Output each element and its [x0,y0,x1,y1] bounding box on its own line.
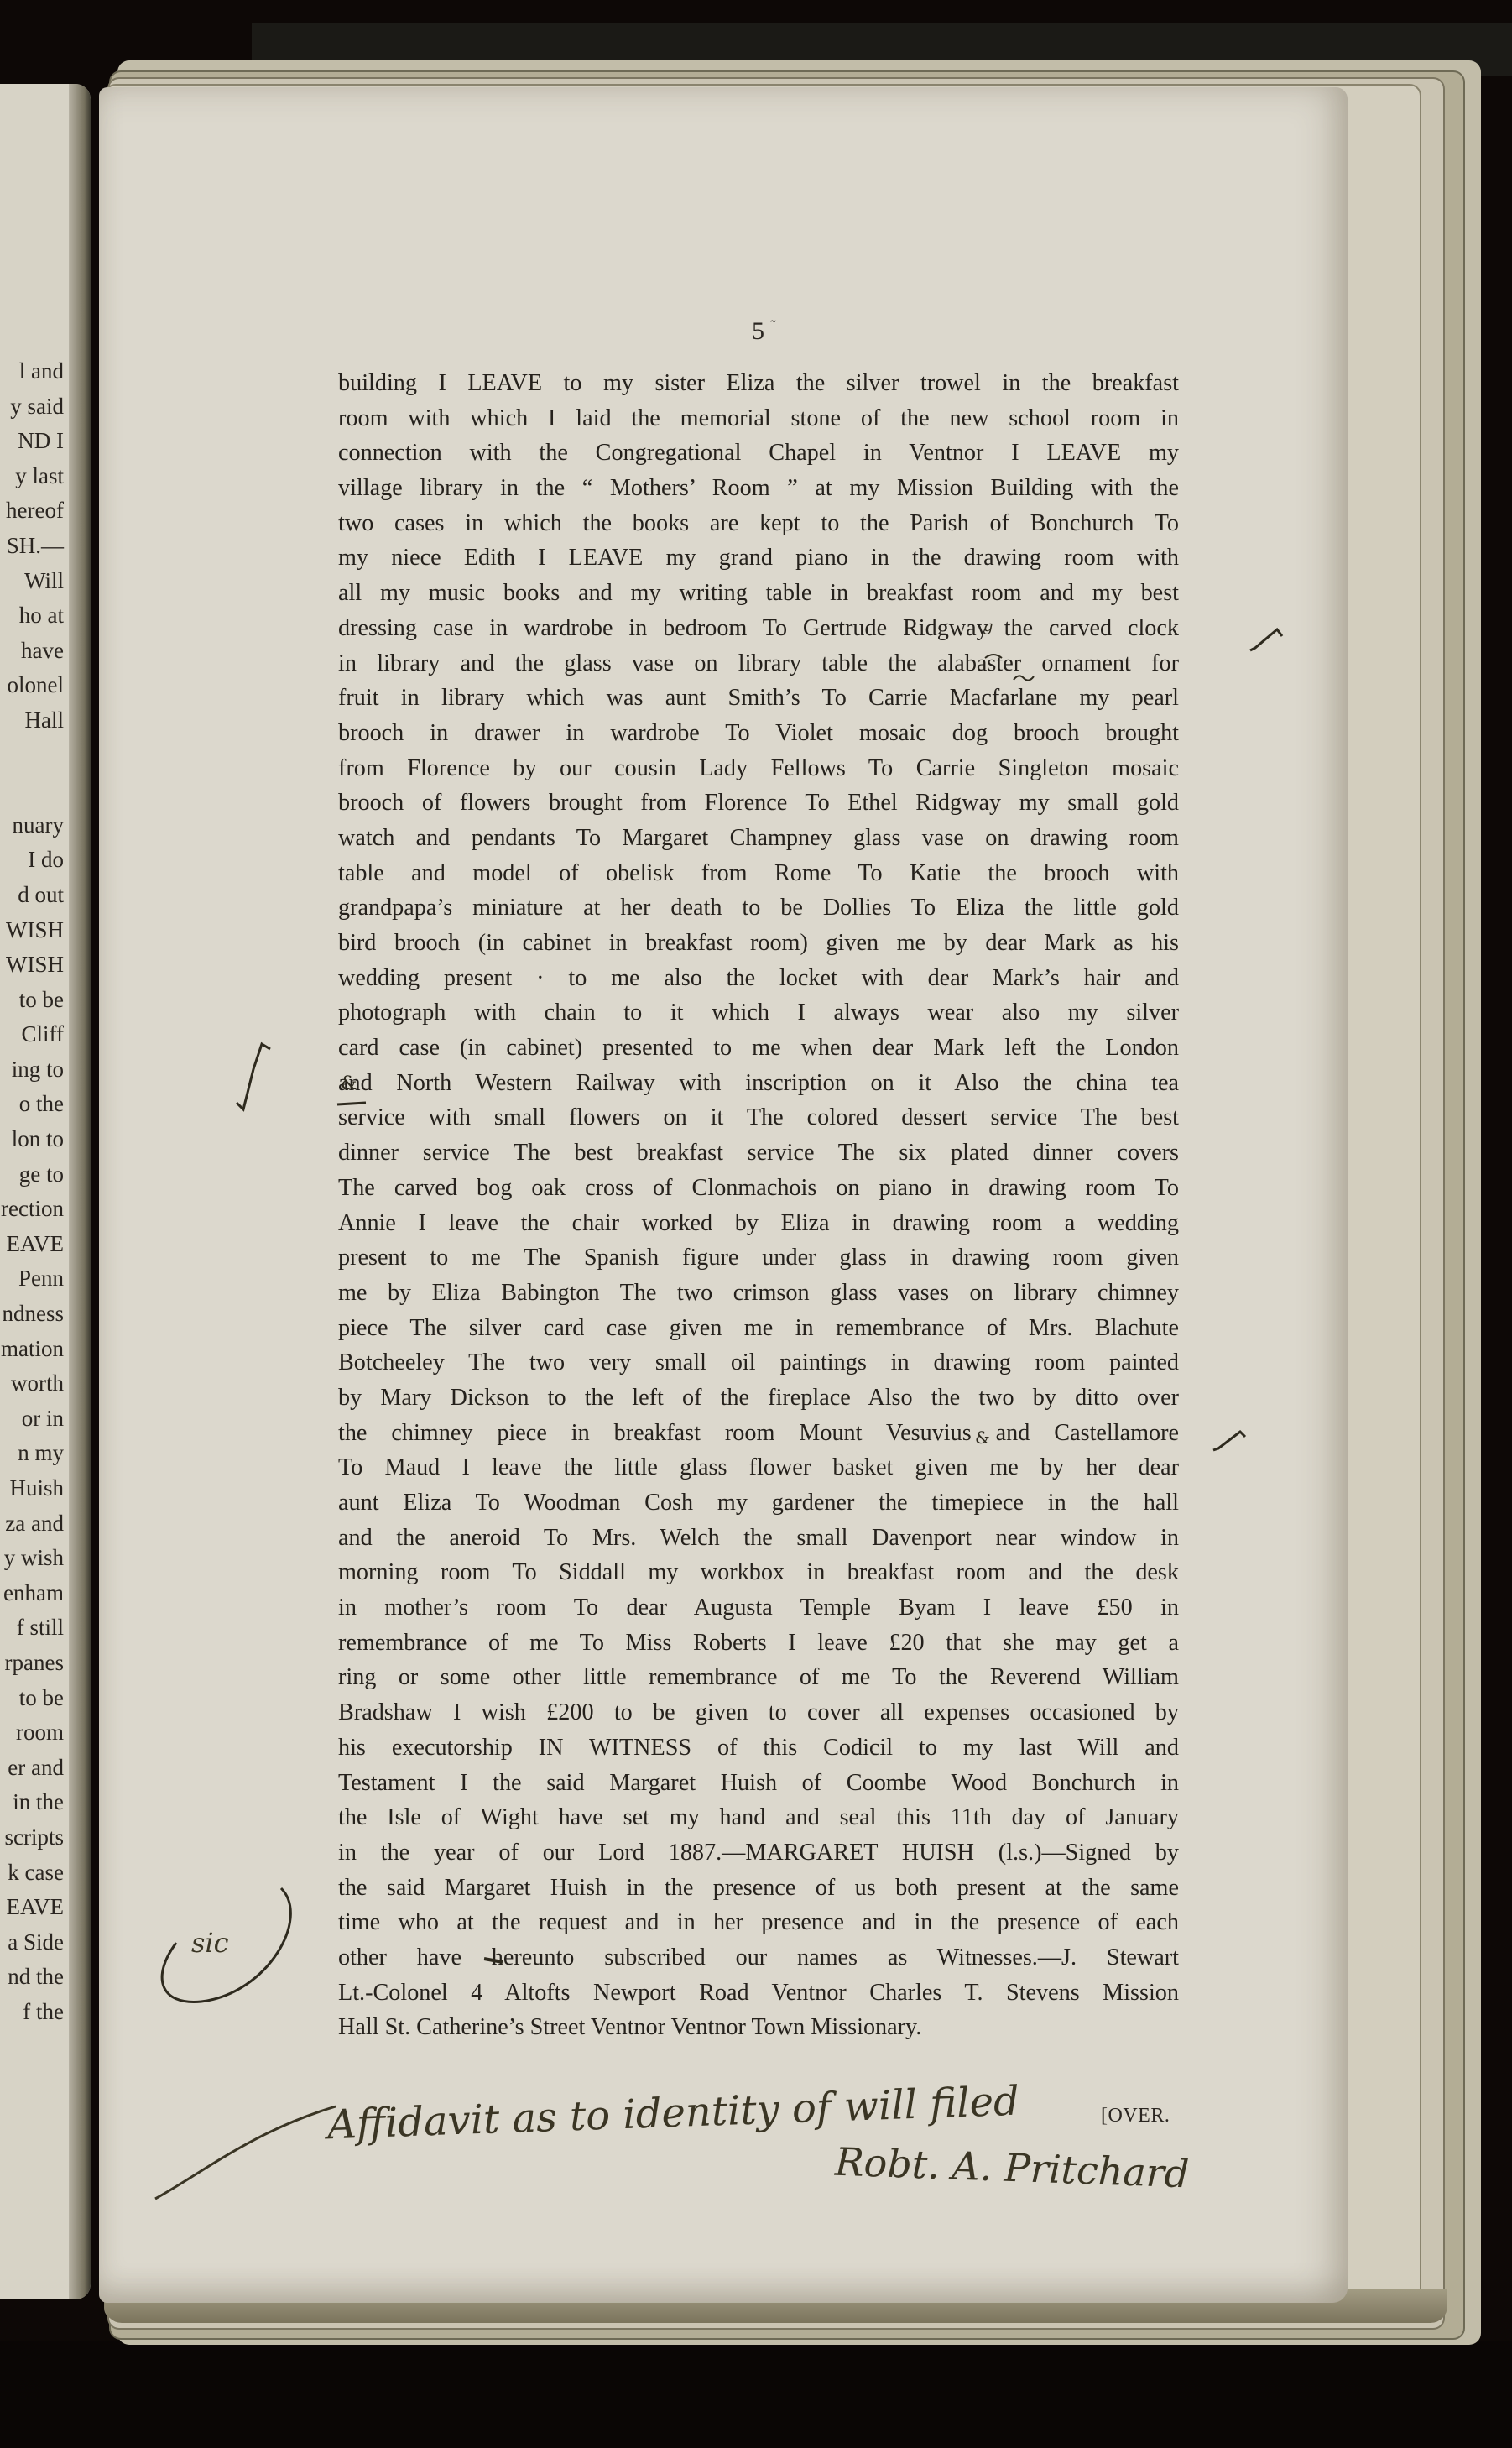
left-page-line: ND I [1,424,64,459]
text-line: by Mary Dickson to the left of the firep… [338,1381,1179,1416]
left-page-line: WISH [1,913,64,948]
left-page-line: to be [1,983,64,1018]
page-number-mark: ˜ [771,317,776,334]
text-line: the chimney piece in breakfast room Moun… [338,1416,1179,1451]
left-page-line: WISH [1,947,64,983]
text-line: present to me The Spanish figure under g… [338,1240,1179,1276]
left-page-line: EAVE [1,1890,64,1925]
left-page-line: I do [1,843,64,878]
left-page-line: scripts [1,1820,64,1856]
svg-text:&: & [341,1073,357,1094]
left-page-line: er and [1,1751,64,1786]
tick-mark-icon [233,1036,275,1120]
text-line: aunt Eliza To Woodman Cosh my gardener t… [338,1485,1179,1521]
text-line: my niece Edith I LEAVE my grand piano in… [338,540,1179,576]
left-page-line: enham [1,1576,64,1611]
correction-mark-icon: & [967,1427,1000,1452]
left-page-line: za and [1,1506,64,1542]
handwritten-stroke-icon [151,2098,344,2207]
text-line: in the year of our Lord 1887.—MARGARET H… [338,1835,1179,1871]
text-line: The carved bog oak cross of Clonmachois … [338,1171,1179,1206]
correction-mark-icon [482,1955,508,1965]
left-page-line: ing to [1,1052,64,1088]
left-page-line: rpanes [1,1646,64,1681]
text-line: wedding present · to me also the locket … [338,961,1179,996]
left-page-line: k case [1,1856,64,1891]
text-line: and the aneroid To Mrs. Welch the small … [338,1521,1179,1556]
tick-mark-icon [1212,1425,1254,1459]
text-line: all my music books and my writing table … [338,576,1179,611]
text-line: Testament I the said Margaret Huish of C… [338,1766,1179,1801]
left-page-line: SH.— [1,529,64,564]
text-line: dressing case in wardrobe in bedroom To … [338,611,1179,646]
left-page-text: l andy saidND Iy lasthereofSH.—Willho at… [1,354,64,2030]
text-line: building I LEAVE to my sister Eliza the … [338,366,1179,401]
left-page-line: Will [1,564,64,599]
left-page-line: y last [1,459,64,494]
text-line: morning room To Siddall my workbox in br… [338,1555,1179,1590]
left-page-line: Hall [1,703,64,739]
left-page-line: f still [1,1610,64,1646]
catchword-over: [OVER. [1101,2105,1170,2127]
left-page-line: l and [1,354,64,389]
left-page-line: lon to [1,1122,64,1157]
left-page-line: rection [1,1192,64,1227]
text-line: in mother’s room To dear Augusta Temple … [338,1590,1179,1626]
text-line: room with which I laid the memorial ston… [338,401,1179,436]
text-line: two cases in which the books are kept to… [338,506,1179,541]
left-page-line: y said [1,389,64,425]
text-line: his executorship IN WITNESS of this Codi… [338,1730,1179,1766]
correction-mark-icon: g [982,619,1007,661]
left-page-line: Huish [1,1471,64,1506]
text-line: remembrance of me To Miss Roberts I leav… [338,1626,1179,1661]
text-line: village library in the “ Mothers’ Room ”… [338,471,1179,506]
left-page-line: d out [1,878,64,913]
left-page-line: f the [1,1995,64,2030]
left-page-line: hereof [1,493,64,529]
left-page-line: Cliff [1,1017,64,1052]
correction-mark-icon [1012,671,1037,685]
text-line: grandpapa’s miniature at her death to be… [338,890,1179,926]
sic-circle-icon [151,1884,302,2018]
text-line: fruit in library which was aunt Smith’s … [338,681,1179,716]
text-line: brooch of flowers brought from Florence … [338,786,1179,821]
text-line: watch and pendants To Margaret Champney … [338,821,1179,856]
tick-mark-icon [1249,621,1290,655]
codicil-body-text: building I LEAVE to my sister Eliza the … [338,366,1179,2045]
left-page-line: mation [1,1332,64,1367]
text-line: connection with the Congregational Chape… [338,436,1179,471]
book-cover-bottom [0,2341,1512,2448]
text-line: and North Western Railway with inscripti… [338,1066,1179,1101]
left-page-line: olonel [1,668,64,703]
left-page-line: Penn [1,1261,64,1297]
left-page-line: worth [1,1366,64,1401]
left-page-line: in the [1,1785,64,1820]
left-page-line: ho at [1,598,64,634]
page-gutter [69,84,91,2299]
svg-text:g: g [983,618,993,635]
text-line: time who at the request and in her prese… [338,1905,1179,1940]
text-line: me by Eliza Babington The two crimson gl… [338,1276,1179,1311]
text-line: photograph with chain to it which I alwa… [338,995,1179,1031]
left-page-line: ndness [1,1297,64,1332]
left-page-line: or in [1,1401,64,1437]
text-line: Annie I leave the chair worked by Eliza … [338,1206,1179,1241]
text-line: brooch in drawer in wardrobe To Violet m… [338,716,1179,751]
left-page-line: n my [1,1436,64,1471]
text-line: table and model of obelisk from Rome To … [338,856,1179,891]
left-page-line: nd the [1,1960,64,1995]
text-line: Lt.-Colonel 4 Altofts Newport Road Ventn… [338,1976,1179,2011]
text-line: Botcheeley The two very small oil painti… [338,1345,1179,1381]
left-page-fragment: l andy saidND Iy lasthereofSH.—Willho at… [0,84,91,2299]
correction-mark-icon: & [336,1071,369,1113]
left-page-line: y wish [1,1541,64,1576]
left-page-line [1,739,64,774]
left-page-line: nuary [1,808,64,843]
text-line: from Florence by our cousin Lady Fellows… [338,751,1179,786]
page-number-value: 5 [752,317,764,345]
left-page-line: room [1,1715,64,1751]
left-page-line: a Side [1,1925,64,1960]
text-line: the Isle of Wight have set my hand and s… [338,1800,1179,1835]
text-line: Hall St. Catherine’s Street Ventnor Vent… [338,2010,1179,2045]
text-line: bird brooch (in cabinet in breakfast roo… [338,926,1179,961]
left-page-line: o the [1,1087,64,1122]
text-line: card case (in cabinet) presented to me w… [338,1031,1179,1066]
left-page-line [1,773,64,808]
left-page-line: EAVE [1,1227,64,1262]
text-line: To Maud I leave the little glass flower … [338,1450,1179,1485]
svg-text:&: & [975,1428,990,1448]
text-line: ring or some other little remembrance of… [338,1660,1179,1695]
text-line: other have hereunto subscribed our names… [338,1940,1179,1976]
text-line: piece The silver card case given me in r… [338,1311,1179,1346]
text-line: the said Margaret Huish in the presence … [338,1871,1179,1906]
left-page-line: have [1,634,64,669]
text-line: service with small flowers on it The col… [338,1100,1179,1135]
page-number: 5 ˜ [752,317,776,346]
text-line: dinner service The best breakfast servic… [338,1135,1179,1171]
text-line: Bradshaw I wish £200 to be given to cove… [338,1695,1179,1730]
left-page-line: ge to [1,1157,64,1193]
left-page-line: to be [1,1681,64,1716]
text-line: in library and the glass vase on library… [338,646,1179,681]
